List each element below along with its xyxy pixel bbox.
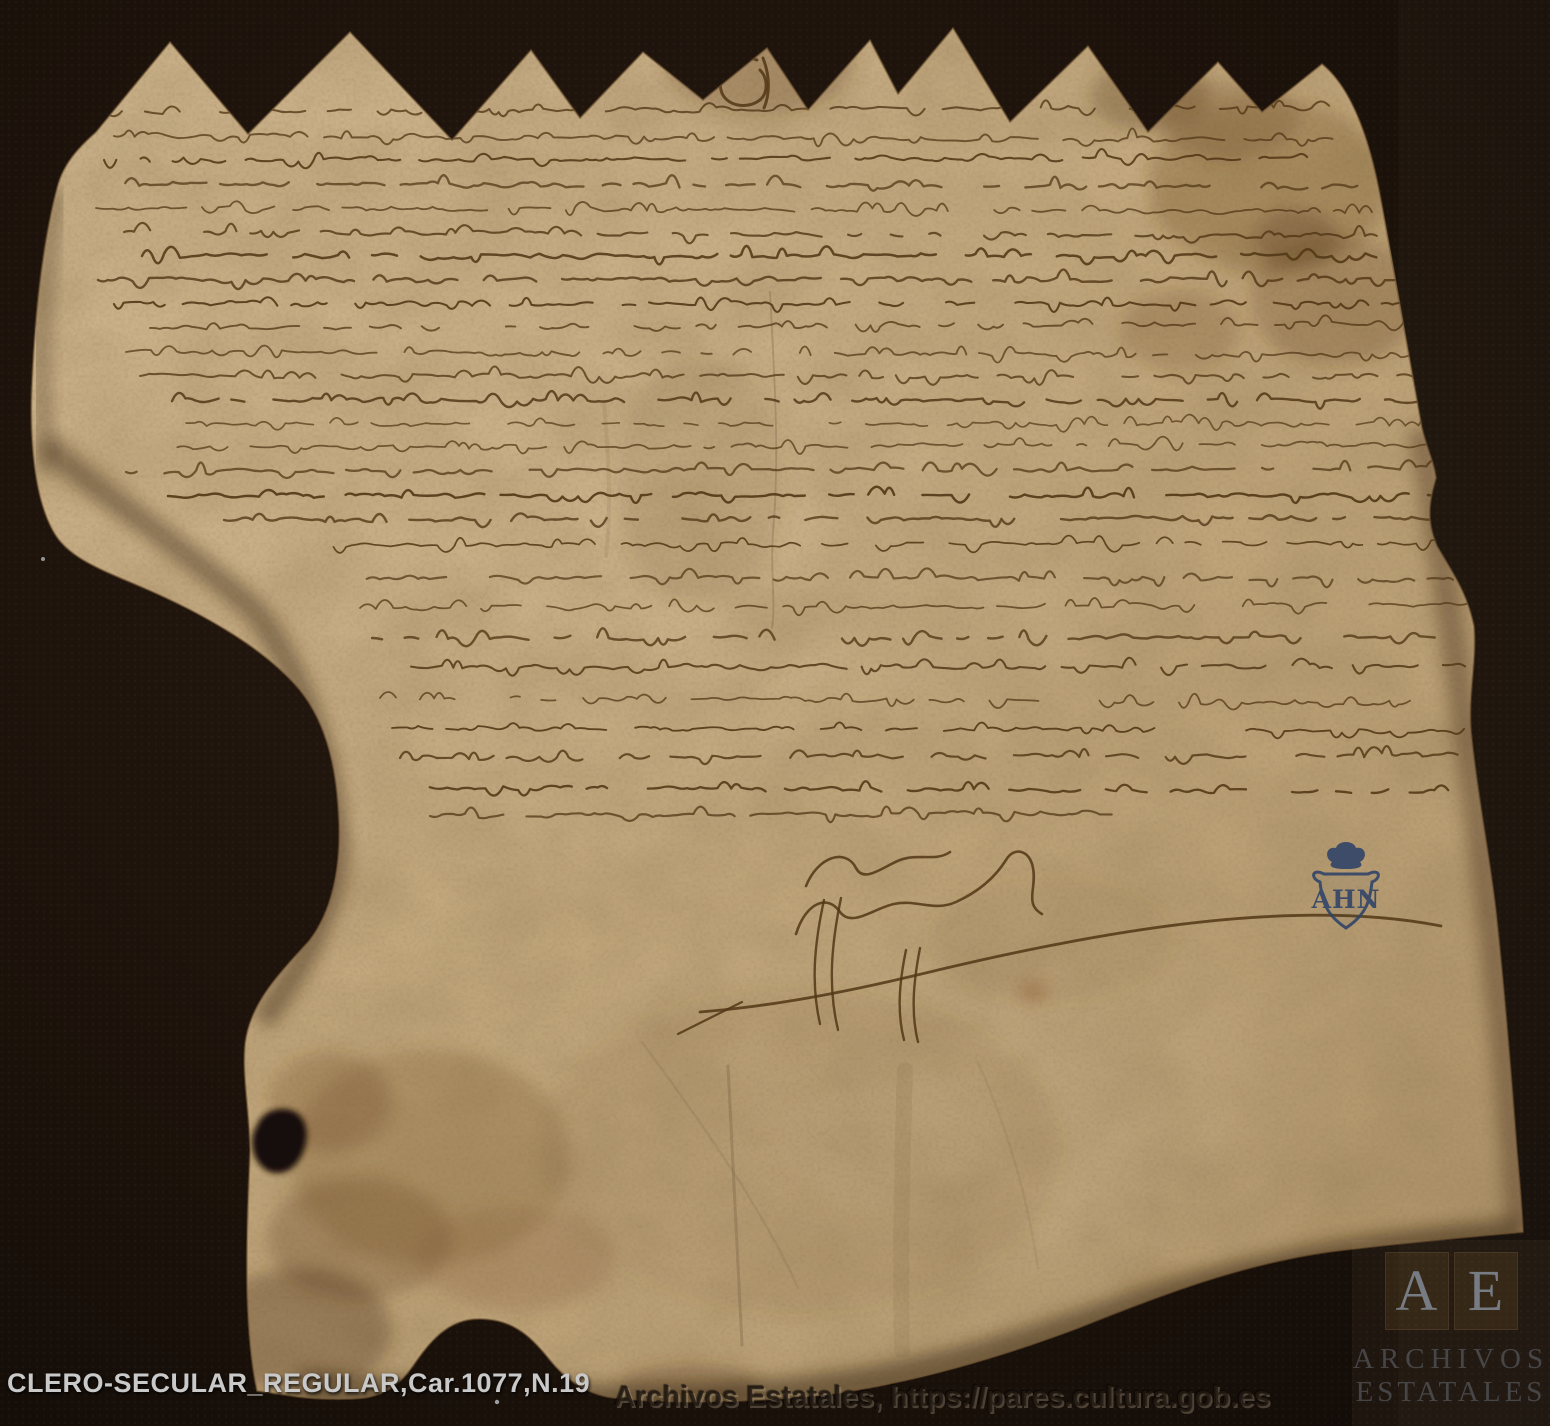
logo-wordmark-line2: ESTATALES xyxy=(1352,1376,1550,1409)
logo-letter-boxes: A E xyxy=(1352,1252,1550,1330)
credit-watermark: Archivos Estatales, https://pares.cultur… xyxy=(614,1381,1270,1414)
parchment-scan: AHN xyxy=(0,0,1550,1426)
archive-photo-stage: AHN CLERO-SECULAR_REGULAR,Car.1077,N.19 … xyxy=(0,0,1550,1426)
parchment-hole xyxy=(253,1110,305,1172)
archivos-estatales-logo: A E ARCHIVOS ESTATALES xyxy=(1352,1240,1550,1426)
logo-wordmark-line1: ARCHIVOS xyxy=(1352,1343,1550,1376)
reference-label: CLERO-SECULAR_REGULAR,Car.1077,N.19 xyxy=(7,1368,590,1399)
logo-letter-a-box: A xyxy=(1385,1252,1449,1330)
ahn-stamp-text: AHN xyxy=(1311,885,1381,914)
logo-letter-e-box: E xyxy=(1454,1252,1518,1330)
